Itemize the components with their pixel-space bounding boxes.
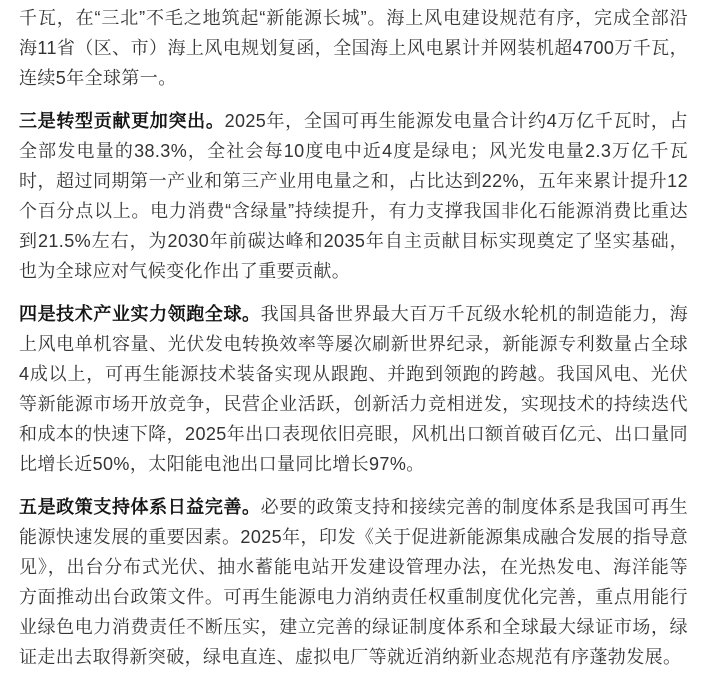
article-body: 千瓦，在“三北”不毛之地筑起“新能源长城”。海上风电建设规范有序，完成全部沿海1… [0,0,706,672]
paragraph-text: 千瓦，在“三北”不毛之地筑起“新能源长城”。海上风电建设规范有序，完成全部沿海1… [19,8,688,88]
paragraph-text: 2025年，全国可再生能源发电量合计约4万亿千瓦时，占全部发电量的38.3%，全… [19,111,688,281]
paragraph-point-four: 四是技术产业实力领跑全球。我国具备世界最大百万千瓦级水轮机的制造能力，海上风电单… [19,299,688,479]
paragraph-lead: 五是政策支持体系日益完善。 [19,497,261,517]
paragraph-lead: 四是技术产业实力领跑全球。 [19,304,261,324]
paragraph-lead: 三是转型贡献更加突出。 [19,111,225,131]
paragraph-text: 必要的政策支持和接续完善的制度体系是我国可再生能源快速发展的重要因素。2025年… [19,497,688,667]
paragraph-continuation: 千瓦，在“三北”不毛之地筑起“新能源长城”。海上风电建设规范有序，完成全部沿海1… [19,3,688,93]
paragraph-text: 我国具备世界最大百万千瓦级水轮机的制造能力，海上风电单机容量、光伏发电转换效率等… [19,304,688,474]
paragraph-point-three: 三是转型贡献更加突出。2025年，全国可再生能源发电量合计约4万亿千瓦时，占全部… [19,106,688,286]
paragraph-point-five: 五是政策支持体系日益完善。必要的政策支持和接续完善的制度体系是我国可再生能源快速… [19,492,688,672]
